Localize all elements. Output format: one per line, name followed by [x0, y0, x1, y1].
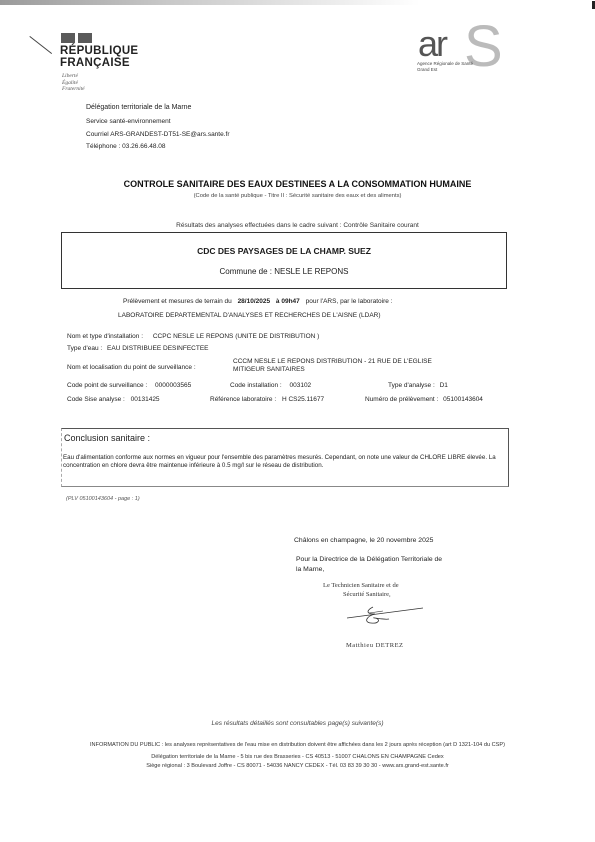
water-type-label: Type d'eau :: [67, 345, 102, 352]
analysis-type-value: D1: [440, 382, 448, 389]
point-code-label: Code point de surveillance :: [67, 382, 147, 389]
sender-service: Service santé-environnement: [86, 118, 171, 125]
on-behalf-line2: la Marne,: [296, 566, 324, 573]
footer-note: Les résultats détaillés sont consultable…: [0, 720, 595, 727]
sender-office: Délégation territoriale de la Marne: [86, 104, 191, 111]
republic-line1: RÉPUBLIQUE: [60, 45, 138, 57]
ars-logo-ar: ar: [418, 23, 446, 65]
lab-ref-value: H CS25.11677: [282, 396, 324, 403]
point-code-row: Code point de surveillance : 0000003565: [67, 382, 191, 389]
sampling-date: 28/10/2025: [238, 298, 271, 305]
sise-code-label: Code Sise analyse :: [67, 396, 125, 403]
signatory-name: Matthieu DETREZ: [346, 642, 404, 649]
republic-motto: Liberté Égalité Fraternité: [62, 73, 85, 93]
marianne-logo-icon: [61, 33, 93, 43]
laboratory-name: LABORATOIRE DEPARTEMENTAL D'ANALYSES ET …: [118, 312, 381, 319]
public-info: INFORMATION DU PUBLIC : les analyses rep…: [0, 742, 595, 748]
sample-number-value: 05100143604: [443, 396, 483, 403]
motto-fraternite: Fraternité: [62, 86, 85, 93]
water-type-row: Type d'eau : EAU DISTRIBUEE DESINFECTEE: [67, 345, 209, 352]
analysis-type-label: Type d'analyse :: [388, 382, 435, 389]
installation-row: Nom et type d'installation : CCPC NESLE …: [67, 333, 319, 340]
page-reference: (PLV 05100143604 - page : 1): [66, 496, 140, 502]
republic-line2: FRANÇAISE: [60, 57, 138, 69]
point-value-line2: MITIGEUR SANITAIRES: [233, 366, 305, 373]
sample-number-row: Numéro de prélèvement : 05100143604: [365, 396, 483, 403]
document-title: CONTROLE SANITAIRE DES EAUX DESTINEES A …: [0, 179, 595, 189]
operator-name: CDC DES PAYSAGES DE LA CHAMP. SUEZ: [62, 246, 506, 256]
role-line1: Le Technicien Sanitaire et de: [323, 582, 399, 589]
sample-number-label: Numéro de prélèvement :: [365, 396, 438, 403]
sise-code-value: 00131425: [131, 396, 160, 403]
commune-name: Commune de : NESLE LE REPONS: [62, 267, 506, 276]
scan-stroke: [29, 36, 52, 54]
point-code-value: 0000003565: [155, 382, 191, 389]
point-value-line1: CCCM NESLE LE REPONS DISTRIBUTION - 21 R…: [233, 358, 432, 365]
lab-ref-label: Référence laboratoire :: [210, 396, 276, 403]
installation-label: Nom et type d'installation :: [67, 333, 143, 340]
installation-code-value: 003102: [289, 382, 311, 389]
installation-code-row: Code installation : 003102: [230, 382, 311, 389]
document-subtitle: (Code de la santé publique - Titre II : …: [0, 193, 595, 199]
conclusion-title: Conclusion sanitaire :: [64, 433, 150, 443]
installation-value: CCPC NESLE LE REPONS (UNITE DE DISTRIBUT…: [153, 333, 320, 340]
sender-phone: Téléphone : 03.26.66.48.08: [86, 143, 166, 150]
results-context: Résultats des analyses effectuées dans l…: [0, 222, 595, 229]
on-behalf-line1: Pour la Directrice de la Délégation Terr…: [296, 556, 442, 563]
footer-regional: Siège régional : 3 Boulevard Joffre - CS…: [0, 763, 595, 769]
role-line2: Sécurité Sanitaire,: [343, 591, 391, 598]
point-label: Nom et localisation du point de surveill…: [67, 364, 196, 371]
handwritten-signature-icon: [345, 604, 425, 626]
sampling-suffix: pour l'ARS, par le laboratoire :: [306, 298, 393, 305]
republique-francaise-logo: RÉPUBLIQUE FRANÇAISE: [60, 45, 138, 69]
sender-email[interactable]: Courriel ARS-GRANDEST-DT51-SE@ars.sante.…: [86, 131, 230, 138]
footer-address: Délégation territoriale de la Marne - 5 …: [0, 754, 595, 760]
conclusion-text: Eau d'alimentation conforme aux normes e…: [63, 454, 508, 469]
sampling-prefix: Prélèvement et mesures de terrain du: [123, 298, 232, 305]
ars-subtitle: Agence Régionale de Santé Grand Est: [417, 61, 473, 73]
sampling-time: à 09h47: [276, 298, 300, 305]
sise-code-row: Code Sise analyse : 00131425: [67, 396, 160, 403]
ars-subtitle-line2: Grand Est: [417, 67, 473, 73]
installation-code-label: Code installation :: [230, 382, 282, 389]
sampling-line: Prélèvement et mesures de terrain du 28/…: [123, 298, 392, 305]
water-type-value: EAU DISTRIBUEE DESINFECTEE: [107, 345, 209, 352]
analysis-type-row: Type d'analyse : D1: [388, 382, 448, 389]
ars-logo: S ar Agence Régionale de Santé Grand Est: [416, 27, 502, 79]
conclusion-box: Conclusion sanitaire : Eau d'alimentatio…: [61, 428, 509, 487]
site-box: CDC DES PAYSAGES DE LA CHAMP. SUEZ Commu…: [61, 232, 507, 289]
scan-edge-shadow: [0, 0, 420, 5]
place-date: Châlons en champagne, le 20 novembre 202…: [294, 537, 433, 544]
lab-ref-row: Référence laboratoire : H CS25.11677: [210, 396, 324, 403]
